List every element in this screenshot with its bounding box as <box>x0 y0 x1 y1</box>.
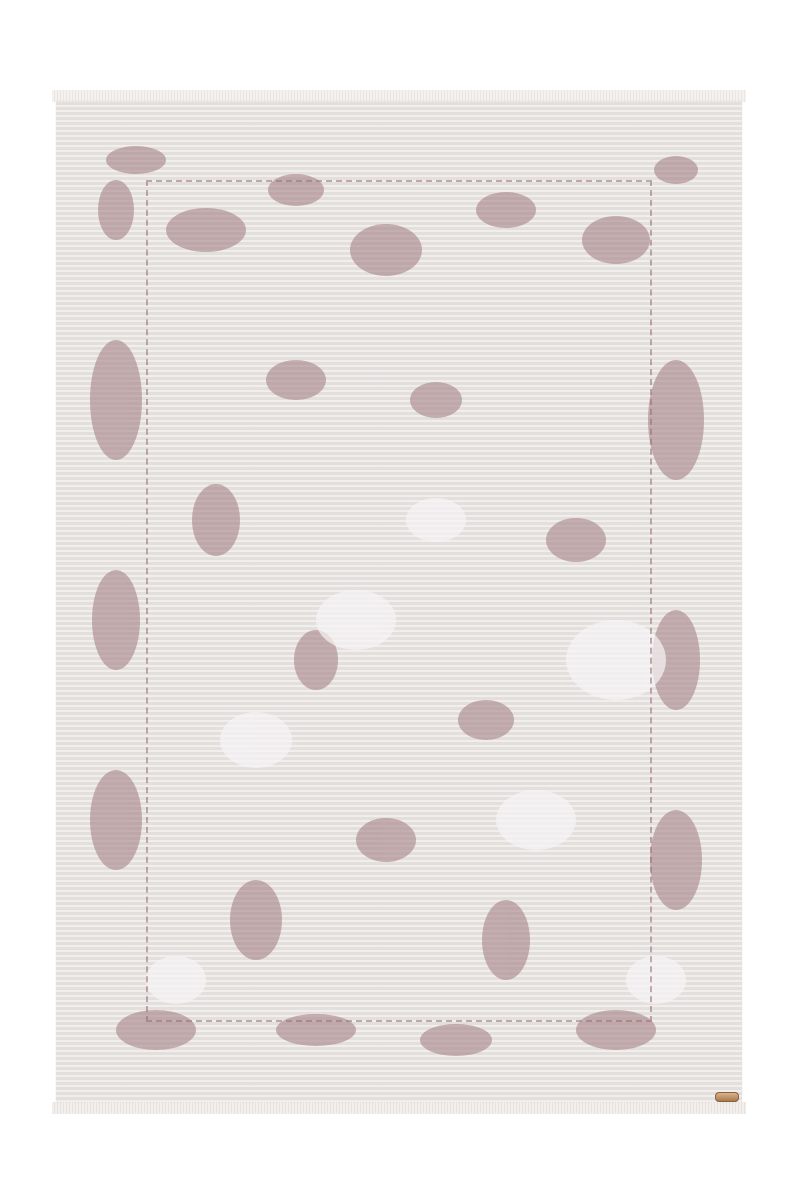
brand-label-tag <box>715 1092 739 1102</box>
rug-inner-border <box>146 180 652 1022</box>
rug-fringe-bottom <box>52 1102 746 1114</box>
rug <box>56 100 742 1102</box>
